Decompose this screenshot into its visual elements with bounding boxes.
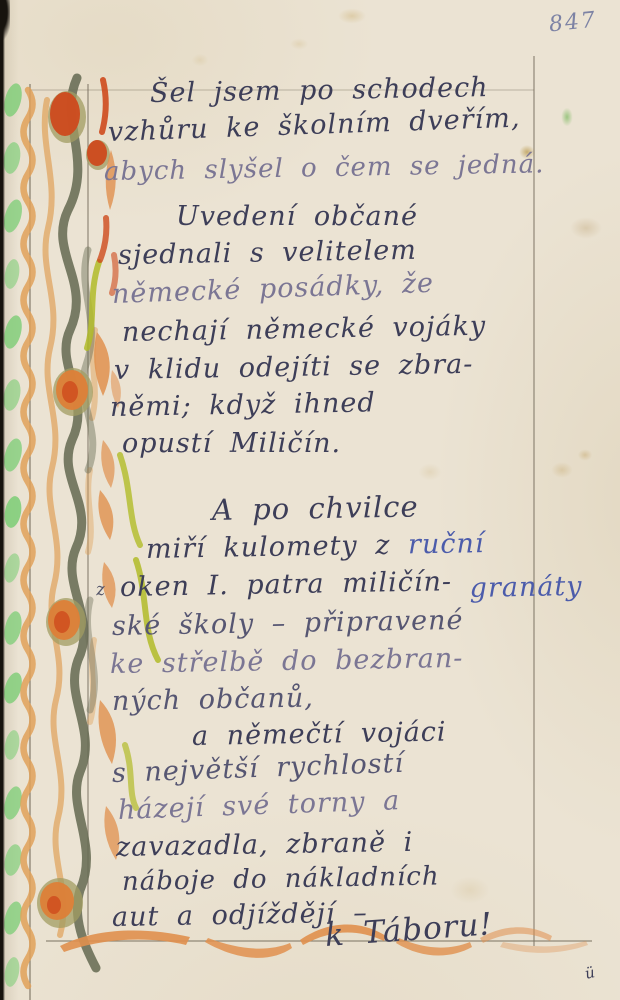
manuscript-line: sjednali s velitelem [118,235,417,271]
manuscript-line: náboje do nákladních [122,861,440,897]
manuscript-line: německé posádky, že [111,268,434,310]
margin-insertion-mark: z [95,580,105,601]
manuscript-line: miří kulomety z ruční [146,528,485,565]
manuscript-page-scan: 847 Šel jsem po schodech vzhůru ke školn… [0,0,620,1000]
stray-pen-mark: ü [583,963,596,983]
line-main-text: miří kulomety z [146,529,409,565]
manuscript-line: opustí Miličín. [122,428,341,459]
manuscript-line: a němečtí vojáci [192,717,447,752]
manuscript-line: s největší rychlostí [111,748,404,789]
manuscript-line: A po chvilce [212,489,419,527]
manuscript-line: ské školy – připravené [112,605,464,642]
manuscript-line: ke střelbě do bezbran- [110,643,464,680]
manuscript-line: zavazadla, zbraně i [116,827,414,863]
manuscript-line: v klidu odejíti se zbra- [114,349,474,386]
manuscript-line: nechají německé vojáky [122,311,487,348]
line-main-text: oken I. patra miličín- [120,566,470,603]
manuscript-line: němi; když ihned [110,387,376,423]
manuscript-line: abych slyšel o čem se jedná. [104,149,545,187]
blue-ink-insertion: ruční [408,528,485,560]
manuscript-line: vzhůru ke školním dveřím, [107,103,520,148]
manuscript-line: ných občanů, [112,682,314,717]
blue-ink-insertion: granáty [469,571,582,604]
handwritten-text-block: Šel jsem po schodech vzhůru ke školním d… [0,0,620,1000]
manuscript-line: Uvedení občané [176,201,418,232]
manuscript-line: házejí své torny a [117,785,400,826]
manuscript-line: Šel jsem po schodech [150,72,489,109]
manuscript-line: oken I. patra miličín- granáty [120,564,583,603]
